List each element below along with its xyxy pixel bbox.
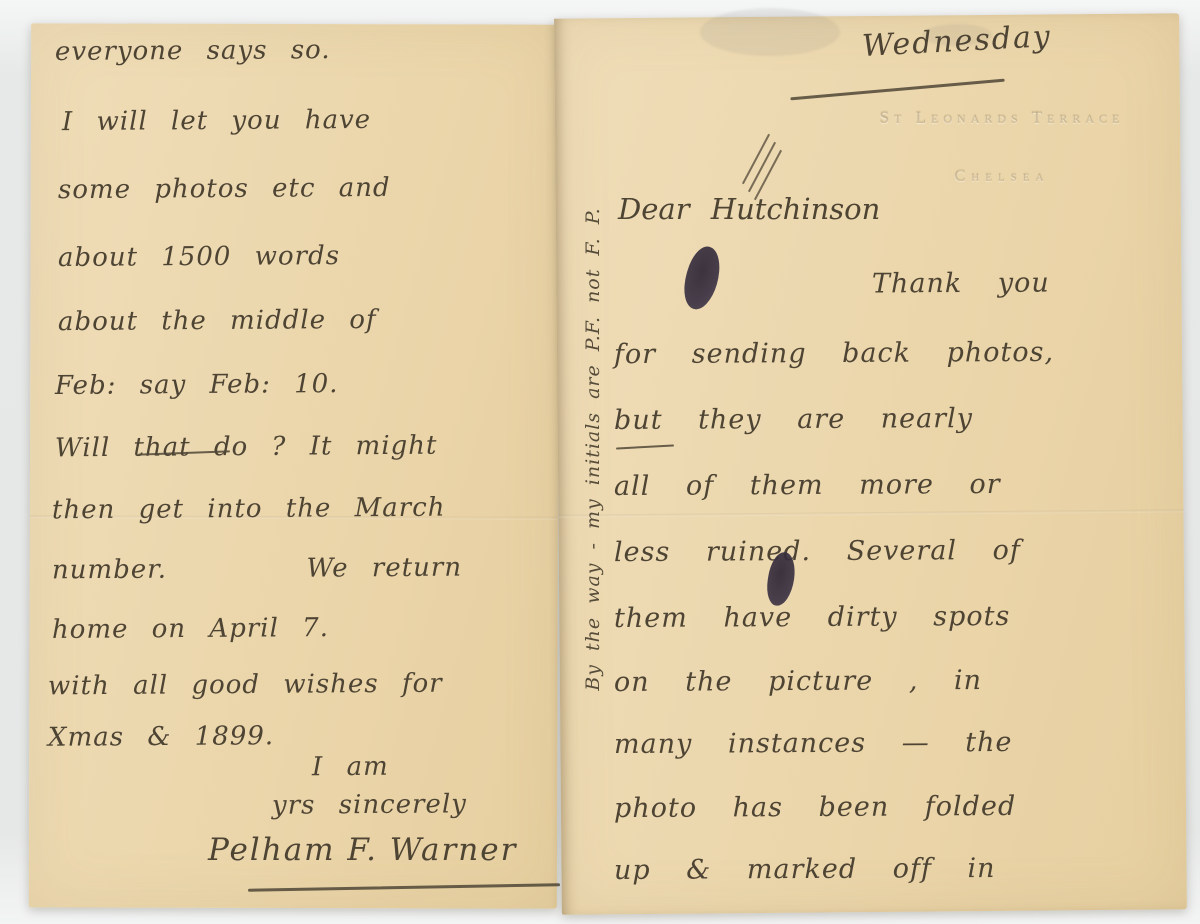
letter-line: but they are nearly [614, 403, 973, 436]
letter-line: them have dirty spots [614, 601, 1010, 634]
letter-line: I will let you have [62, 105, 371, 137]
pencil-smudge [700, 8, 840, 56]
closing-line: yrs sincerely [272, 789, 467, 820]
embossed-letterhead-city: Chelsea [922, 168, 1082, 186]
letter-line: on the picture , in [614, 665, 982, 698]
letter-line: then get into the March [52, 493, 446, 526]
letter-line: with all good wishes for [48, 669, 443, 702]
letter-line: for sending back photos, [614, 337, 1054, 370]
letter-line: all of them more or [614, 469, 1001, 502]
closing-line: I am [312, 752, 389, 783]
letter-line: Will that do ? It might [55, 431, 438, 464]
letter-line: up & marked off in [614, 853, 996, 886]
salutation: Dear Hutchinson [618, 192, 880, 226]
letter-line: number. We return [52, 553, 462, 586]
letter-page-right [554, 13, 1187, 914]
letter-line: about the middle of [58, 305, 377, 337]
letter-line: about 1500 words [58, 241, 340, 273]
opening-line: Thank you [872, 268, 1050, 300]
letter-line: everyone says so. [55, 35, 331, 67]
embossed-letterhead-address: St Leonards Terrace [852, 108, 1152, 128]
letter-line: some photos etc and [58, 173, 391, 205]
fold-crease [558, 509, 1183, 517]
margin-note: By the way - my initials are P.F. not F.… [582, 34, 604, 864]
letter-line: Feb: say Feb: 10. [55, 369, 339, 401]
letter-line: home on April 7. [52, 613, 329, 645]
letter-scan: everyone says so. I will let you have so… [0, 0, 1200, 924]
letter-line: photo has been folded [614, 791, 1016, 824]
letter-line: many instances — the [614, 727, 1013, 760]
letter-page-left [29, 23, 559, 908]
letter-line: Xmas & 1899. [48, 721, 274, 753]
signature: Pelham F. Warner [208, 832, 517, 868]
letter-line: less ruined. Several of [614, 535, 1021, 568]
